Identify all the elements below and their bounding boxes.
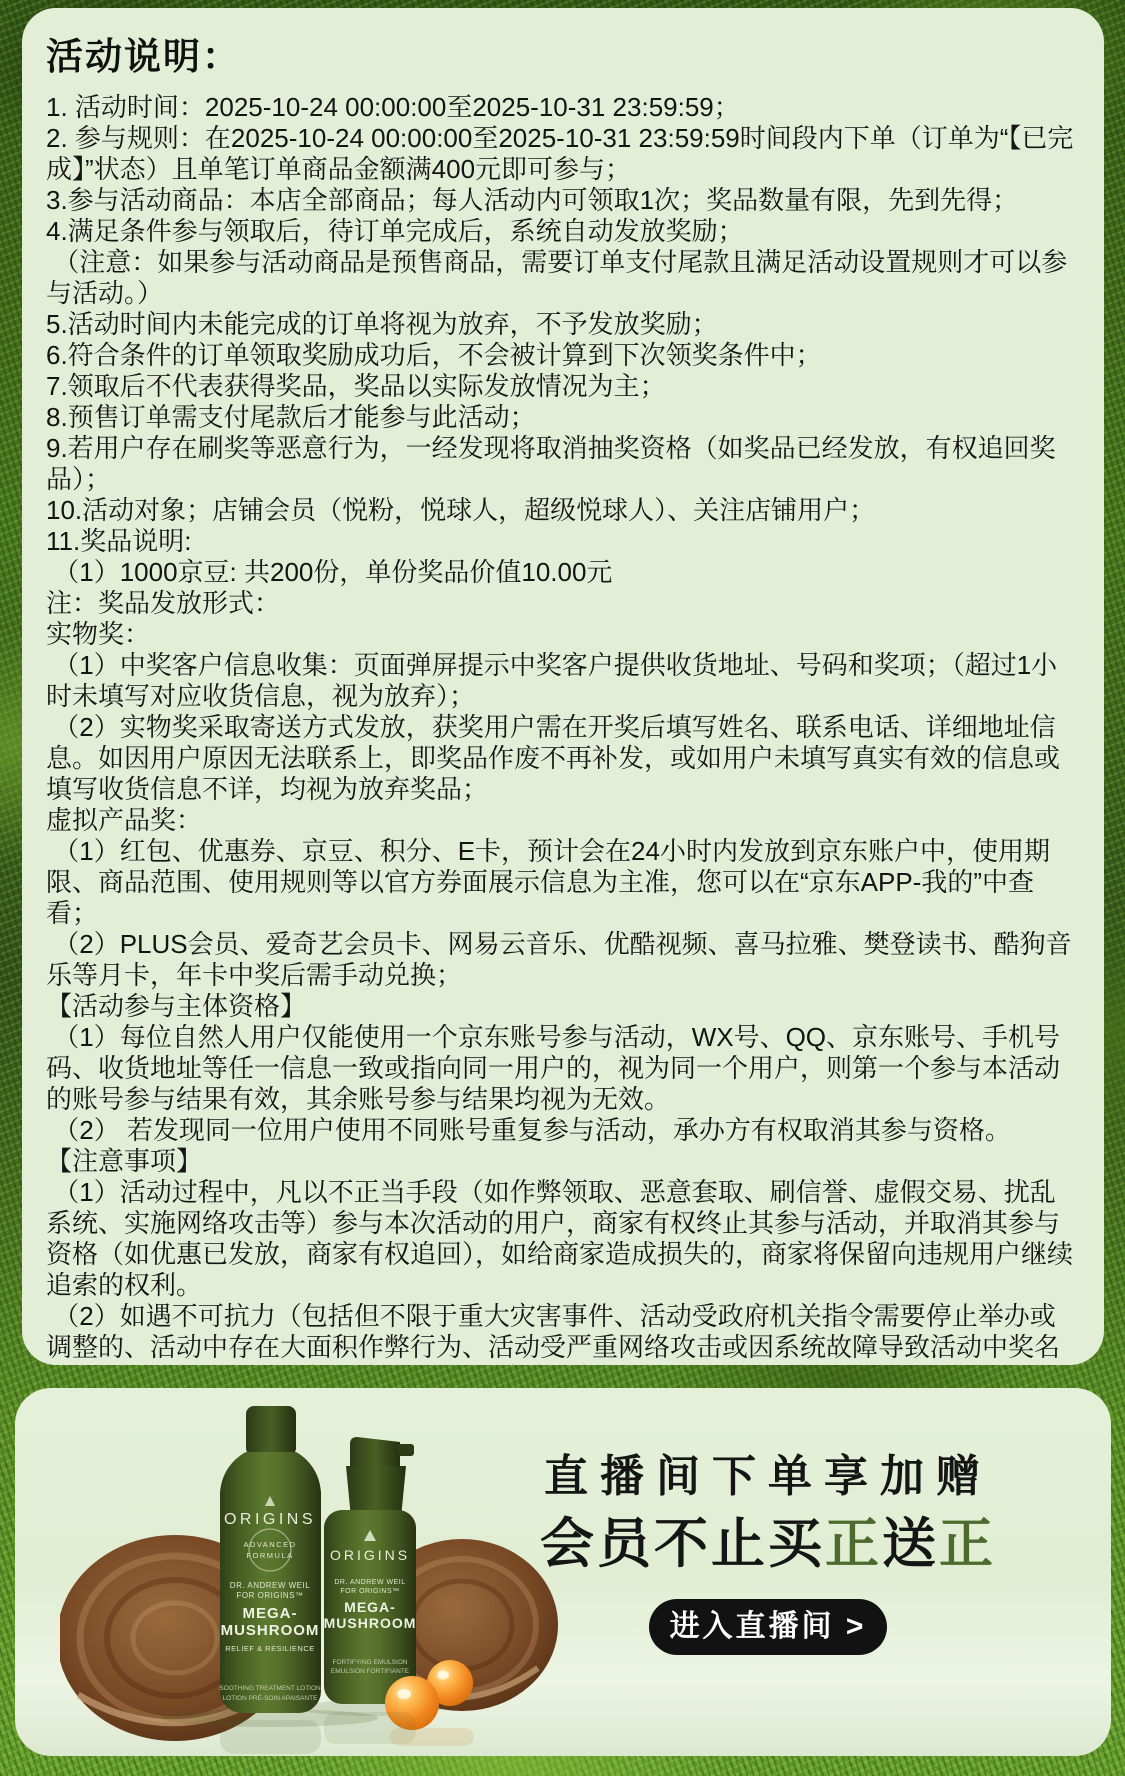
svg-text:ORIGINS: ORIGINS — [224, 1511, 316, 1528]
headline-segment: 送 — [882, 1514, 939, 1574]
headline-segment-accent: 正 — [939, 1514, 996, 1574]
headline-segment-accent: 正 — [825, 1514, 882, 1574]
rules-paragraph: 7.领取后不代表获得奖品，奖品以实际发放情况为主； — [46, 371, 1080, 402]
svg-text:FOR ORIGINS™: FOR ORIGINS™ — [237, 1591, 304, 1600]
svg-text:EMULSION FORTIFIANTE: EMULSION FORTIFIANTE — [331, 1668, 410, 1675]
berry-reflection — [390, 1728, 474, 1746]
svg-text:MEGA-: MEGA- — [344, 1599, 396, 1615]
rules-paragraph: （1）1000京豆: 共200份，单份奖品价值10.00元 — [46, 557, 1080, 588]
rules-paragraph: 3.参与活动商品：本店全部商品；每人活动内可领取1次；奖品数量有限，先到先得； — [46, 185, 1080, 216]
rules-paragraph: （1）活动过程中，凡以不正当手段（如作弊领取、恶意套取、刷信誉、虚假交易、扰乱系… — [46, 1177, 1080, 1301]
rules-paragraph: 10.活动对象；店铺会员（悦粉，悦球人，超级悦球人）、关注店铺用户； — [46, 495, 1080, 526]
rules-paragraph: （1）中奖客户信息收集：页面弹屏提示中奖客户提供收货地址、号码和奖项；（超过1小… — [46, 650, 1080, 712]
svg-text:LOTION PRÉ-SOIN APAISANTE: LOTION PRÉ-SOIN APAISANTE — [223, 1693, 319, 1702]
rules-paragraph: 1. 活动时间：2025-10-24 00:00:00至2025-10-31 2… — [46, 92, 1080, 123]
svg-text:SOOTHING TREATMENT LOTION: SOOTHING TREATMENT LOTION — [219, 1685, 321, 1692]
promo-headline-line2: 会员不止买正送正 — [518, 1516, 1018, 1573]
rules-paragraph: （2） 若发现同一位用户使用不同账号重复参与活动，承办方有权取消其参与资格。 — [46, 1115, 1080, 1146]
svg-text:MUSHROOM: MUSHROOM — [324, 1615, 417, 1631]
rules-paragraph: 【注意事项】 — [46, 1146, 1080, 1177]
svg-text:DR. ANDREW WEIL: DR. ANDREW WEIL — [334, 1579, 405, 1586]
svg-text:FOR ORIGINS™: FOR ORIGINS™ — [340, 1588, 399, 1595]
rules-paragraph: （1）红包、优惠券、京豆、积分、E卡，预计会在24小时内发放到京东账户中，使用期… — [46, 836, 1080, 929]
svg-text:MUSHROOM: MUSHROOM — [221, 1622, 320, 1639]
rules-paragraph: 6.符合条件的订单领取奖励成功后，不会被计算到下次领奖条件中； — [46, 340, 1080, 371]
pump-dispenser — [350, 1437, 400, 1468]
rules-paragraph: 实物奖： — [46, 619, 1080, 650]
rules-title: 活动说明： — [46, 36, 1080, 79]
svg-text:MEGA-: MEGA- — [243, 1605, 298, 1622]
svg-text:ADVANCED: ADVANCED — [243, 1540, 296, 1549]
rules-paragraph: 9.若用户存在刷奖等恶意行为，一经发现将取消抽奖资格（如奖品已经发放，有权追回奖… — [46, 433, 1080, 495]
rules-paragraph: 8.预售订单需支付尾款后才能参与此活动； — [46, 402, 1080, 433]
headline-segment: 会员不止买 — [540, 1514, 825, 1574]
rules-paragraph: 11.奖品说明: — [46, 526, 1080, 557]
svg-text:RELIEF & RESILIENCE: RELIEF & RESILIENCE — [225, 1644, 315, 1653]
rules-paragraph: 2. 参与规则：在2025-10-24 00:00:00至2025-10-31 … — [46, 123, 1080, 185]
rules-paragraph: 虚拟产品奖： — [46, 805, 1080, 836]
rules-paragraph: （2）PLUS会员、爱奇艺会员卡、网易云音乐、优酷视频、喜马拉雅、樊登读书、酷狗… — [46, 929, 1080, 991]
live-promo-banner: ORIGINS ADVANCED FORMULA DR. ANDREW WEIL… — [15, 1388, 1111, 1756]
rules-paragraph: 5.活动时间内未能完成的订单将视为放弃，不予发放奖励； — [46, 309, 1080, 340]
rules-paragraph: （注意：如果参与活动商品是预售商品，需要订单支付尾款且满足活动设置规则才可以参与… — [46, 247, 1080, 309]
svg-text:DR. ANDREW WEIL: DR. ANDREW WEIL — [230, 1581, 310, 1590]
rules-paragraph: （2）如遇不可抗力（包括但不限于重大灾害事件、活动受政府机关指令需要停止举办或调… — [46, 1301, 1080, 1365]
promo-text-block: 直播间下单享加赠 会员不止买正送正 进入直播间 > — [518, 1388, 1018, 1655]
rules-paragraph: 【活动参与主体资格】 — [46, 991, 1080, 1022]
promo-headline-line1: 直播间下单享加赠 — [518, 1454, 1018, 1500]
bottle-reflection — [220, 1720, 321, 1754]
rules-paragraph: 注：奖品发放形式： — [46, 588, 1080, 619]
enter-livestream-button[interactable]: 进入直播间 > — [649, 1599, 887, 1655]
svg-text:FORTIFYING EMULSION: FORTIFYING EMULSION — [333, 1659, 408, 1666]
rules-paragraph: 4.满足条件参与领取后，待订单完成后，系统自动发放奖励； — [46, 216, 1080, 247]
rules-paragraph: （2）实物奖采取寄送方式发放，获奖用户需在开奖后填写姓名、联系电话、详细地址信息… — [46, 712, 1080, 805]
svg-text:ORIGINS: ORIGINS — [330, 1547, 410, 1563]
svg-text:FORMULA: FORMULA — [246, 1551, 293, 1560]
activity-rules-card: 活动说明： 1. 活动时间：2025-10-24 00:00:00至2025-1… — [22, 8, 1104, 1365]
product-image: ORIGINS ADVANCED FORMULA DR. ANDREW WEIL… — [60, 1400, 580, 1756]
origins-emulsion-pump-bottle: ORIGINS DR. ANDREW WEIL FOR ORIGINS™ MEG… — [324, 1437, 417, 1704]
rules-paragraph: （1）每位自然人用户仅能使用一个京东账号参与活动，WX号、QQ、京东账号、手机号… — [46, 1022, 1080, 1115]
